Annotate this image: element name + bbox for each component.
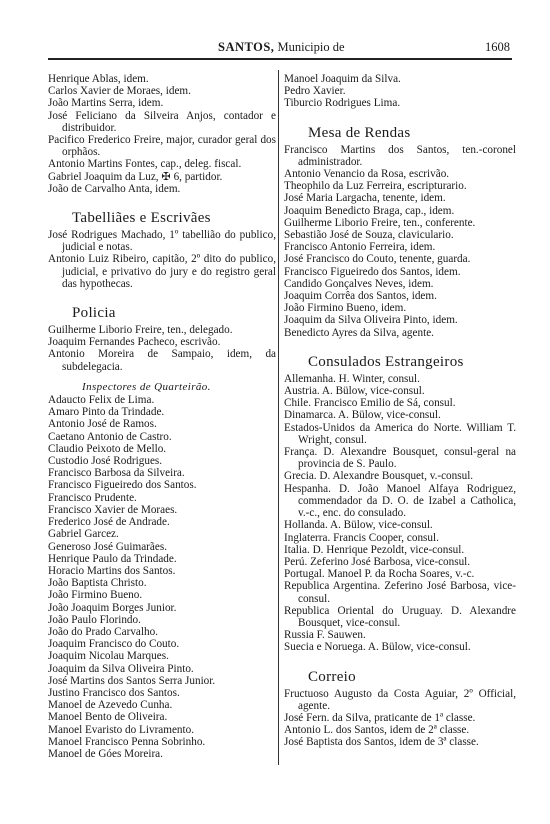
list-item: Henrique Paulo da Trindade. xyxy=(48,553,276,565)
page-header: SANTOS, Municipio de 1608 xyxy=(48,40,510,56)
list-item: Antonio Moreira de Sampaio, idem, da sub… xyxy=(48,348,276,372)
list-item: Custodio José Rodrigues. xyxy=(48,455,276,467)
list-item: Hollanda. A. Bülow, vice-consul. xyxy=(284,519,516,531)
list-item: Frederico José de Andrade. xyxy=(48,516,276,528)
right-intro-list: Manoel Joaquim da Silva. Pedro Xavier. T… xyxy=(284,73,516,110)
list-item: Republica Argentina. Zeferino José Barbo… xyxy=(284,580,516,604)
list-item: José Francisco do Couto, tenente, guarda… xyxy=(284,253,516,265)
list-item: Austria. A. Bülow, vice-consul. xyxy=(284,385,516,397)
list-item: João Firmino Bueno. xyxy=(48,589,276,601)
list-item: Estados-Unidos da America do Norte. Will… xyxy=(284,422,516,446)
list-item: Pedro Xavier. xyxy=(284,85,516,97)
running-title: SANTOS, Municipio de xyxy=(218,40,345,55)
list-item: Manoel Bento de Oliveira. xyxy=(48,711,276,723)
list-item: Guilherme Liborio Freire, ten., conferen… xyxy=(284,217,516,229)
list-item: Francisco Prudente. xyxy=(48,492,276,504)
list-item: Antonio Martins Fontes, cap., deleg. fis… xyxy=(48,158,276,170)
list-item: João Joaquim Borges Junior. xyxy=(48,602,276,614)
title-rest: Municipio de xyxy=(274,40,344,54)
list-item: Claudio Peixoto de Mello. xyxy=(48,443,276,455)
list-item: Justino Francisco dos Santos. xyxy=(48,687,276,699)
list-item: João do Prado Carvalho. xyxy=(48,626,276,638)
list-item: Carlos Xavier de Moraes, idem. xyxy=(48,85,276,97)
list-item: Joaquim Corrêa dos Santos, idem. xyxy=(284,290,516,302)
list-item: Henrique Ablas, idem. xyxy=(48,73,276,85)
list-item: João Paulo Florindo. xyxy=(48,614,276,626)
list-item: Gabriel Joaquim da Luz, ✠ 6, partidor. xyxy=(48,171,276,183)
list-item: Italia. D. Henrique Pezoldt, vice-consul… xyxy=(284,544,516,556)
list-item: Benedicto Ayres da Silva, agente. xyxy=(284,327,516,339)
column-divider xyxy=(278,70,279,765)
list-item: Hespanha. D. João Manoel Alfaya Rodrigue… xyxy=(284,483,516,520)
list-item: Guilherme Liborio Freire, ten., delegado… xyxy=(48,324,276,336)
list-item: Joaquim Francisco do Couto. xyxy=(48,638,276,650)
list-item: Candido Gonçalves Neves, idem. xyxy=(284,278,516,290)
list-item: Dinamarca. A. Bülow, vice-consul. xyxy=(284,409,516,421)
list-item: Manoel de Azevedo Cunha. xyxy=(48,699,276,711)
list-item: Gabriel Garcez. xyxy=(48,528,276,540)
list-item: Portugal. Manoel P. da Rocha Soares, v.-… xyxy=(284,568,516,580)
section-heading-mesa-rendas: Mesa de Rendas xyxy=(308,124,516,142)
list-item: Francisco Antonio Ferreira, idem. xyxy=(284,241,516,253)
list-item: Antonio Luiz Ribeiro, capitão, 2º dito d… xyxy=(48,253,276,290)
left-column: Henrique Ablas, idem. Carlos Xavier de M… xyxy=(48,73,276,760)
list-item: Sebastião José de Souza, claviculario. xyxy=(284,229,516,241)
header-rule xyxy=(48,58,512,60)
list-item: Francisco Barbosa da Silveira. xyxy=(48,467,276,479)
list-item: Antonio José de Ramos. xyxy=(48,418,276,430)
list-item: Allemanha. H. Winter, consul. xyxy=(284,373,516,385)
list-item: Pacifico Frederico Freire, major, curado… xyxy=(48,134,276,158)
list-item: Amaro Pinto da Trindade. xyxy=(48,406,276,418)
list-item: Fructuoso Augusto da Costa Aguiar, 2º Of… xyxy=(284,688,516,712)
list-item: Tiburcio Rodrigues Lima. xyxy=(284,97,516,109)
list-item: Manoel Francisco Penna Sobrinho. xyxy=(48,736,276,748)
page-number: 1608 xyxy=(485,40,510,55)
list-item: João Martins Serra, idem. xyxy=(48,97,276,109)
list-item: Russia F. Sauwen. xyxy=(284,629,516,641)
list-item: Joaquim da Silva Oliveira Pinto, idem. xyxy=(284,314,516,326)
list-item: Joaquim Nicolau Marques. xyxy=(48,650,276,662)
list-item: João de Carvalho Anta, idem. xyxy=(48,183,276,195)
title-city: SANTOS, xyxy=(218,40,274,54)
list-item: Suecia e Noruega. A. Bülow, vice-consul. xyxy=(284,641,516,653)
section-heading-correio: Correio xyxy=(308,668,516,686)
list-item: Chile. Francisco Emilio de Sá, consul. xyxy=(284,397,516,409)
list-item: Francisco Figueiredo dos Santos, idem. xyxy=(284,266,516,278)
list-item: Francisco Figueiredo dos Santos. xyxy=(48,479,276,491)
list-item: Republica Oriental do Uruguay. D. Alexan… xyxy=(284,605,516,629)
list-item: José Feliciano da Silveira Anjos, contad… xyxy=(48,110,276,134)
list-item: França. D. Alexandre Bousquet, consul-ge… xyxy=(284,446,516,470)
section-heading-tabelliaes: Tabelliães e Escrivães xyxy=(72,209,276,227)
list-item: Manoel de Góes Moreira. xyxy=(48,748,276,760)
list-item: Adaucto Felix de Lima. xyxy=(48,394,276,406)
left-intro-list: Henrique Ablas, idem. Carlos Xavier de M… xyxy=(48,73,276,195)
list-item: Perú. Zeferino José Barbosa, vice-consul… xyxy=(284,556,516,568)
list-item: João Baptista Christo. xyxy=(48,577,276,589)
subheading-inspectores: Inspectores de Quarteirão. xyxy=(82,381,276,393)
list-item: Inglaterra. Francis Cooper, consul. xyxy=(284,532,516,544)
list-item: Manoel Joaquim da Silva. xyxy=(284,73,516,85)
section-heading-policia: Policia xyxy=(72,304,276,322)
list-item: João Firmino Bueno, idem. xyxy=(284,302,516,314)
list-item: Joaquim Fernandes Pacheco, escrivão. xyxy=(48,336,276,348)
list-item: Antonio Venancio da Rosa, escrivão. xyxy=(284,168,516,180)
list-item: Manoel Evaristo do Livramento. xyxy=(48,724,276,736)
list-item: Antonio L. dos Santos, idem de 2ª classe… xyxy=(284,724,516,736)
section-heading-consulados: Consulados Estrangeiros xyxy=(308,353,516,371)
list-item: Caetano Antonio de Castro. xyxy=(48,431,276,443)
inspectors-list: Adaucto Felix de Lima. Amaro Pinto da Tr… xyxy=(48,394,276,760)
list-item: Theophilo da Luz Ferreira, escripturario… xyxy=(284,180,516,192)
list-item: Generoso José Guimarães. xyxy=(48,541,276,553)
list-item: José Baptista dos Santos, idem de 3ª cla… xyxy=(284,736,516,748)
list-item: José Martins dos Santos Serra Junior. xyxy=(48,675,276,687)
right-column: Manoel Joaquim da Silva. Pedro Xavier. T… xyxy=(284,73,516,749)
list-item: Joaquim da Silva Oliveira Pinto. xyxy=(48,663,276,675)
list-item: Joaquim Benedicto Braga, cap., idem. xyxy=(284,205,516,217)
list-item: Horacio Martins dos Santos. xyxy=(48,565,276,577)
list-item: José Maria Largacha, tenente, idem. xyxy=(284,192,516,204)
list-item: Grecia. D. Alexandre Bousquet, v.-consul… xyxy=(284,470,516,482)
list-item: José Fern. da Silva, praticante de 1ª cl… xyxy=(284,712,516,724)
list-item: Francisco Martins dos Santos, ten.-coron… xyxy=(284,144,516,168)
list-item: José Rodrigues Machado, 1º tabellião do … xyxy=(48,229,276,253)
list-item: Francisco Xavier de Moraes. xyxy=(48,504,276,516)
